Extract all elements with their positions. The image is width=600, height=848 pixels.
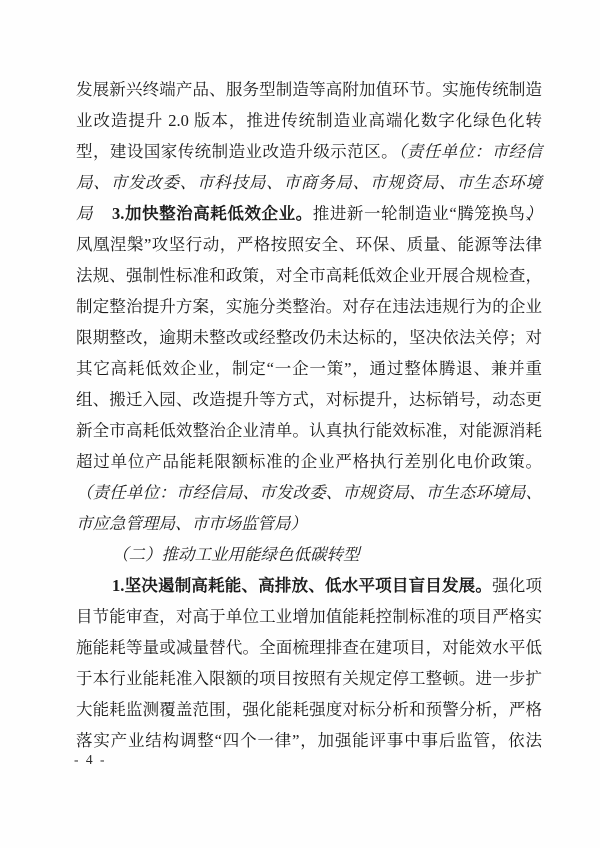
text-line: 目节能审查，对高于单位工业增加值能耗控制标准的项目严格实 <box>76 601 542 632</box>
text-line: 超过单位产品能耗限额标准的企业严格执行差别化电价政策。 <box>76 446 542 477</box>
text-line: 大能耗监测覆盖范围，强化能耗强度对标分析和预警分析，严格 <box>76 694 542 725</box>
text-segment-normal: 业改造提升 2.0 版本，推进传统制造业高端化数字化绿色化转 <box>76 111 542 130</box>
text-segment-kai: 市应急管理局、市市场监管局） <box>76 514 307 533</box>
text-segment-normal: 限期整改，逾期未整改或经整改仍未达标的，坚决依法关停；对 <box>76 328 542 347</box>
text-segment-normal: 新全市高耗低效整治企业清单。认真执行能效标准，对能源消耗 <box>76 421 542 440</box>
text-segment-normal: 组、搬迁入园、改造提升等方式，对标提升，达标销号，动态更 <box>76 390 542 409</box>
text-segment-kai: （责任单位：市经信 <box>398 142 542 161</box>
text-segment-normal: 于本行业能耗准入限额的项目按照有关规定停工整顿。进一步扩 <box>76 669 542 688</box>
text-segment-normal: 落实产业结构调整“四个一律”，加强能评事中事后监管，依法 <box>76 731 542 750</box>
text-line: 施能耗等量或减量替代。全面梳理排查在建项目，对能效水平低 <box>76 632 542 663</box>
text-segment-kai: （责任单位：市经信局、市发改委、市规资局、市生态环境局、 <box>76 483 542 502</box>
text-line: 限期整改，逾期未整改或经整改仍未达标的，坚决依法关停；对 <box>76 322 542 353</box>
text-segment-bold: 1.坚决遏制高耗能、高排放、低水平项目盲目发展。 <box>112 576 492 595</box>
document-page: 发展新兴终端产品、服务型制造等高附加值环节。实施传统制造业改造提升 2.0 版本… <box>0 0 600 848</box>
text-line: 法规、强制性标准和政策，对全市高耗低效企业开展合规检查， <box>76 260 542 291</box>
text-segment-normal: 超过单位产品能耗限额标准的企业严格执行差别化电价政策。 <box>76 452 542 471</box>
text-line: 市应急管理局、市市场监管局） <box>76 508 542 539</box>
document-body: 发展新兴终端产品、服务型制造等高附加值环节。实施传统制造业改造提升 2.0 版本… <box>76 74 542 756</box>
text-line: 3.加快整治高耗低效企业。推进新一轮制造业“腾笼换鸟、 <box>76 198 542 229</box>
text-line: 组、搬迁入园、改造提升等方式，对标提升，达标销号，动态更 <box>76 384 542 415</box>
text-line: 新全市高耗低效整治企业清单。认真执行能效标准，对能源消耗 <box>76 415 542 446</box>
text-segment-normal: 施能耗等量或减量替代。全面梳理排查在建项目，对能效水平低 <box>76 638 542 657</box>
text-segment-normal: 发展新兴终端产品、服务型制造等高附加值环节。实施传统制造 <box>76 80 542 99</box>
text-segment-normal: 制定整治提升方案，实施分类整治。对存在违法违规行为的企业 <box>76 297 542 316</box>
text-line: （责任单位：市经信局、市发改委、市规资局、市生态环境局、 <box>76 477 542 508</box>
text-line: 型，建设国家传统制造业改造升级示范区。（责任单位：市经信 <box>76 136 542 167</box>
text-line: （二）推动工业用能绿色低碳转型 <box>76 539 542 570</box>
text-segment-normal: 大能耗监测覆盖范围，强化能耗强度对标分析和预警分析，严格 <box>76 700 542 719</box>
text-line: 凤凰涅槃”攻坚行动，严格按照安全、环保、质量、能源等法律 <box>76 229 542 260</box>
text-segment-normal: 法规、强制性标准和政策，对全市高耗低效企业开展合规检查， <box>76 266 542 285</box>
text-line: 落实产业结构调整“四个一律”，加强能评事中事后监管，依法 <box>76 725 542 756</box>
text-segment-normal: 推进新一轮制造业“腾笼换鸟、 <box>313 204 542 223</box>
text-segment-normal: 其它高耗低效企业，制定“一企一策”，通过整体腾退、兼并重 <box>76 359 542 378</box>
text-segment-normal: 凤凰涅槃”攻坚行动，严格按照安全、环保、质量、能源等法律 <box>76 235 542 254</box>
text-segment-normal: 型，建设国家传统制造业改造升级示范区。 <box>76 142 398 161</box>
text-segment-bold: 3.加快整治高耗低效企业。 <box>112 204 313 223</box>
text-line: 于本行业能耗准入限额的项目按照有关规定停工整顿。进一步扩 <box>76 663 542 694</box>
text-segment-kai: （二）推动工业用能绿色低碳转型 <box>112 545 360 564</box>
page-number: - 4 - <box>74 752 107 768</box>
text-line: 制定整治提升方案，实施分类整治。对存在违法违规行为的企业 <box>76 291 542 322</box>
text-line: 1.坚决遏制高耗能、高排放、低水平项目盲目发展。强化项 <box>76 570 542 601</box>
text-segment-normal: 强化项 <box>492 576 542 595</box>
text-segment-normal: 目节能审查，对高于单位工业增加值能耗控制标准的项目严格实 <box>76 607 542 626</box>
text-line: 发展新兴终端产品、服务型制造等高附加值环节。实施传统制造 <box>76 74 542 105</box>
text-line: 局、市发改委、市科技局、市商务局、市规资局、市生态环境局） <box>76 167 542 198</box>
text-line: 其它高耗低效企业，制定“一企一策”，通过整体腾退、兼并重 <box>76 353 542 384</box>
text-line: 业改造提升 2.0 版本，推进传统制造业高端化数字化绿色化转 <box>76 105 542 136</box>
